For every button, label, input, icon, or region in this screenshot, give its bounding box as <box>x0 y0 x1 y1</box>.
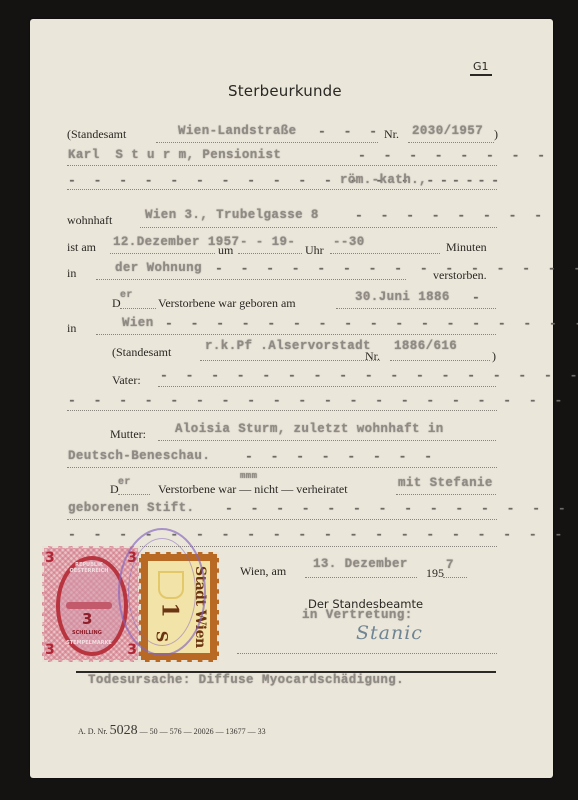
dotted-line <box>118 494 150 495</box>
dotted-line <box>238 253 302 254</box>
dotted-line <box>408 142 494 143</box>
stamp-unit: SCHILLING <box>72 630 102 636</box>
dotted-line <box>443 577 467 578</box>
death-place-in-label: in <box>67 266 76 281</box>
official-signature: Stanic <box>356 622 423 644</box>
form-code: G1 <box>470 60 492 76</box>
dotted-line <box>396 494 496 495</box>
birth-place-in-label: in <box>67 321 76 336</box>
death-date-label: ist am <box>67 240 96 255</box>
issue-year-prefix: 195 <box>426 566 444 581</box>
birth-date: 30.Juni 1886 <box>355 290 450 304</box>
deceased-name: Karl S t u r m, Pensionist <box>68 148 281 162</box>
registry-office-value: Wien-Landstraße <box>178 124 297 138</box>
dotted-line <box>67 189 497 190</box>
death-hour-value: 19 <box>272 235 288 249</box>
footer-rest: — 50 — 576 — 20026 — 13677 — 33 <box>140 727 266 736</box>
mother-value-line2: Deutsch-Beneschau. <box>68 449 210 463</box>
filler-dashes: - <box>472 290 485 305</box>
father-label: Vater: <box>112 373 141 388</box>
stamp-arc-top: REPUBLIK OESTERREICH <box>62 562 116 574</box>
mother-value-line1: Aloisia Sturm, zuletzt wohnhaft in <box>175 422 444 436</box>
postmark-stamp <box>118 528 206 656</box>
dotted-line <box>158 386 496 387</box>
dotted-line <box>336 308 496 309</box>
registry-close: ) <box>494 127 498 142</box>
residence-value: Wien 3., Trubelgasse 8 <box>145 208 319 222</box>
dotted-line <box>237 653 497 654</box>
birth-article-typed: er <box>120 290 133 301</box>
filler-dashes: - - - - - - - - - - - - - - - - - <box>160 368 578 383</box>
registry-nr-label: Nr. <box>384 127 399 142</box>
death-hour: - - 19- <box>240 235 295 249</box>
mother-label: Mutter: <box>110 427 146 442</box>
issue-date: 13. Dezember <box>313 557 408 571</box>
dotted-line <box>67 519 497 520</box>
dotted-line <box>140 227 497 228</box>
dotted-line <box>67 410 497 411</box>
official-deputy: in Vertretung: <box>302 608 413 622</box>
marriage-label: Verstorbene war — nicht — verheiratet <box>158 482 348 497</box>
death-minutes-value: 30 <box>349 235 365 249</box>
stamp-ribbon <box>66 602 112 609</box>
spouse-line2: geborenen Stift. <box>68 501 194 515</box>
religion: röm.-kath., <box>340 173 427 187</box>
struck-text: mmm <box>240 471 257 481</box>
filler-dashes: - - - - - - - - - - - - - - - - - <box>68 173 490 188</box>
birth-label: Verstorbene war geboren am <box>158 296 296 311</box>
dotted-line <box>305 577 417 578</box>
filler-dashes: - - <box>240 235 272 249</box>
filler-dashes: - - - - - - - - <box>358 148 550 163</box>
marriage-article-typed: er <box>118 477 131 488</box>
stamp-arc-bottom: STEMPELMARKE <box>62 640 116 646</box>
issue-year-suffix: 7 <box>446 558 454 572</box>
stamp-corner-bl: 3 <box>45 642 55 658</box>
registry-office-label: (Standesamt <box>67 127 126 142</box>
dotted-line <box>67 165 497 166</box>
time-minuten-label: Minuten <box>446 240 487 255</box>
filler-dashes: - - - <box>440 173 504 188</box>
time-uhr-label: Uhr <box>305 243 324 258</box>
dotted-line <box>110 253 215 254</box>
filler-dashes: - - - - - - - - <box>355 208 547 223</box>
birth-registry-label: (Standesamt <box>112 345 171 360</box>
footer-number: 5028 <box>110 723 138 738</box>
birth-registry-close: ) <box>492 349 496 364</box>
stamp-corner-tl: 3 <box>45 550 55 566</box>
birth-registry-value: r.k.Pf .Alservorstadt <box>205 339 371 353</box>
death-minutes: --30 <box>333 235 365 249</box>
dotted-line <box>200 360 380 361</box>
dotted-line <box>390 360 490 361</box>
residence-label: wohnhaft <box>67 213 112 228</box>
filler-dashes: - - - - - - - - - - - - - - - - - <box>215 261 578 276</box>
stamp-corner-br: 3 <box>127 642 137 658</box>
dotted-line <box>96 334 496 335</box>
birth-registry-nr-label: Nr. <box>365 349 380 364</box>
dotted-line <box>158 440 496 441</box>
dotted-line <box>156 142 378 143</box>
document-title: Sterbeurkunde <box>228 82 342 100</box>
filler-dashes: - - - <box>318 124 382 139</box>
stamp-value: 3 <box>82 610 92 628</box>
dotted-line <box>120 308 156 309</box>
filler-dashes: - - - - - - - - - - - - - - - - - <box>225 501 578 516</box>
verstorben-label: verstorben. <box>433 268 487 283</box>
death-place: der Wohnung <box>115 261 202 275</box>
spouse-line1: mit Stefanie <box>398 476 493 490</box>
footer-prefix: A. D. Nr. <box>78 727 108 736</box>
time-um-label: um <box>218 243 233 258</box>
footer-print-code: A. D. Nr. 5028 — 50 — 576 — 20026 — 1367… <box>78 723 266 739</box>
issue-place-label: Wien, am <box>240 564 286 579</box>
registry-nr-value: 2030/1957 <box>412 124 483 138</box>
filler-dashes: -- <box>333 235 349 249</box>
birth-place: Wien <box>122 316 154 330</box>
birth-registry-nr-value: 1886/616 <box>394 339 457 353</box>
dotted-line <box>96 279 406 280</box>
postmark-ring <box>128 538 196 646</box>
filler-dashes: - - - - - - - - - - - - - - - - - - - - <box>68 393 567 408</box>
dotted-line <box>67 467 497 468</box>
dotted-line <box>330 253 440 254</box>
cause-of-death: Todesursache: Diffuse Myocardschädigung. <box>88 673 404 687</box>
filler-dashes: - - - - - - - - <box>245 449 437 464</box>
filler-dashes: - - - - - - - - - - - - - - - - - - - - <box>165 316 578 331</box>
